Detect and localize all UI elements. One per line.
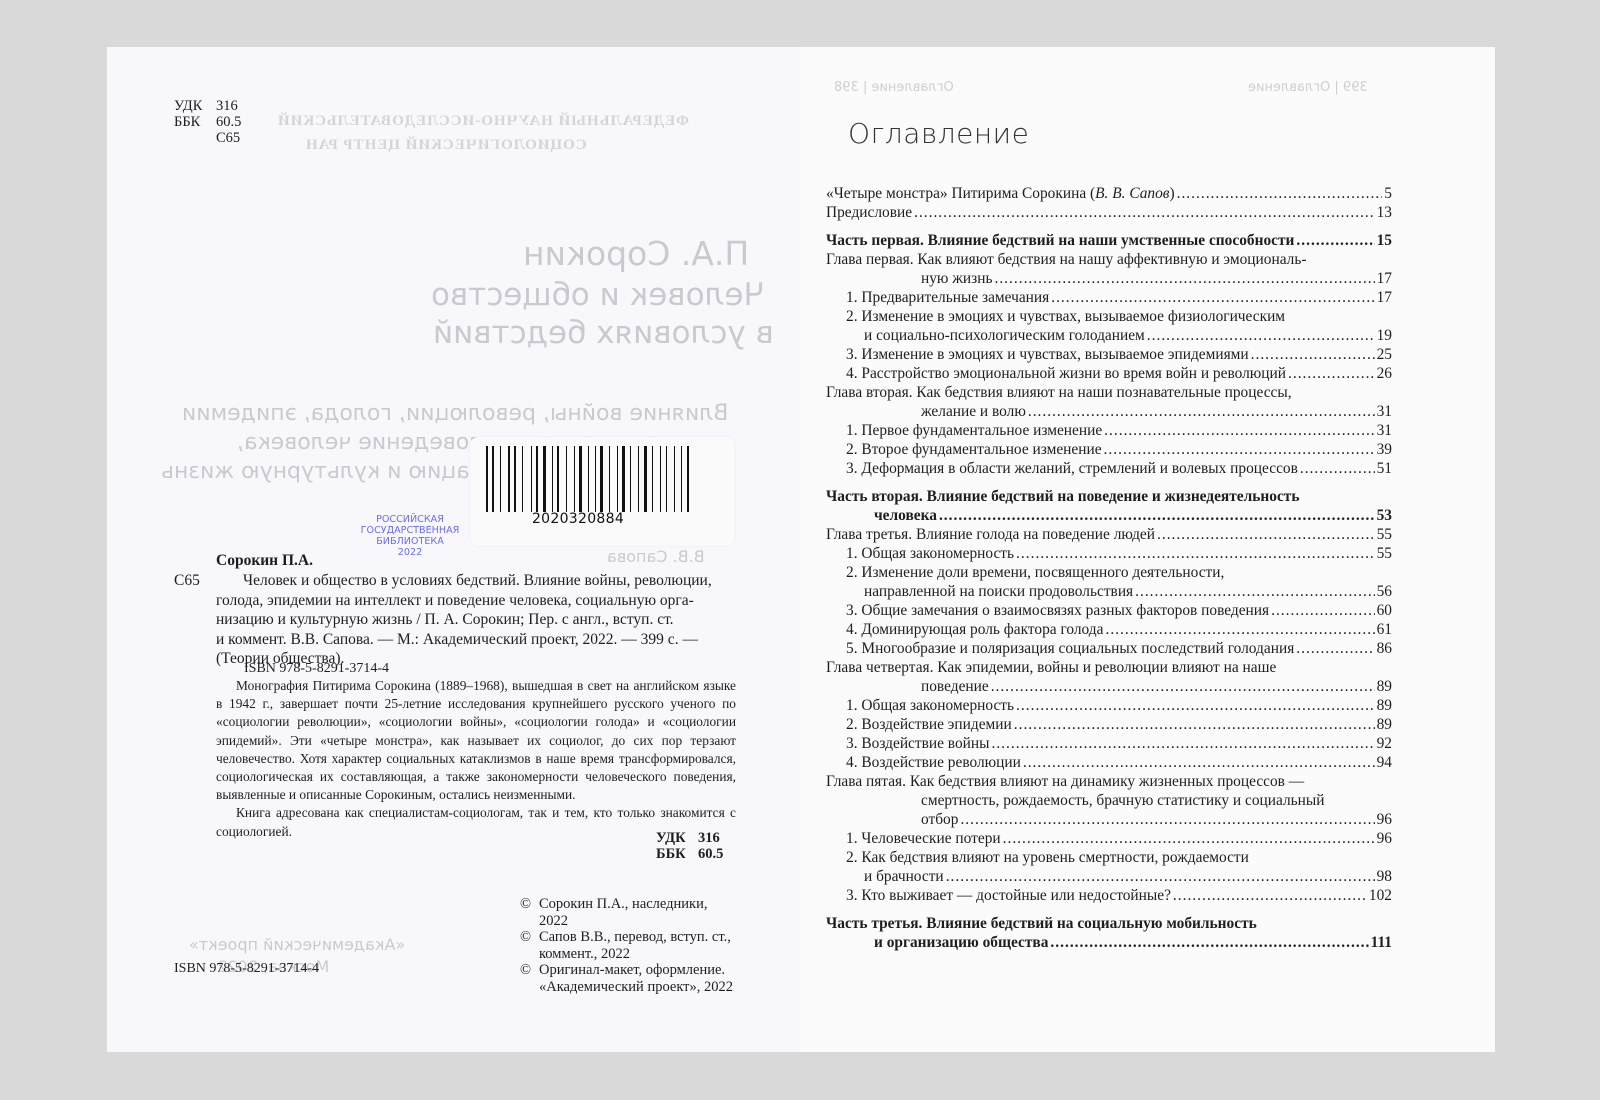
classification-codes-bottom: УДК316 ББК60.5 [656, 830, 723, 862]
stamp-line4: 2022 [355, 547, 465, 558]
toc-page-number: 111 [1371, 933, 1392, 952]
toc-entry-title: 5. Многообразие и поляризация социальных… [846, 639, 1294, 658]
toc-page-number: 31 [1377, 402, 1392, 421]
biblio-author: Сорокин П.А. [216, 551, 313, 571]
dot-leader [1177, 184, 1383, 203]
table-of-contents: «Четыре монстра» Питирима Сорокина (В. В… [826, 184, 1392, 952]
copyright-icon: © [520, 929, 539, 962]
author-mark-label [174, 130, 216, 146]
toc-entry-title: 4. Воздействие революции [846, 753, 1021, 772]
dot-leader [1147, 326, 1375, 345]
biblio-isbn: ISBN 978-5-8291-3714-4 [244, 659, 389, 679]
dot-leader [960, 810, 1374, 829]
toc-entry-title: 2. Воздействие эпидемии [846, 715, 1012, 734]
toc-page-number: 92 [1377, 734, 1392, 753]
toc-section[interactable]: 1. Первое фундаментальное изменение31 [826, 421, 1392, 440]
library-stamp: РОССИЙСКАЯ ГОСУДАРСТВЕННАЯ БИБЛИОТЕКА 20… [355, 514, 465, 558]
toc-entry-title: 3. Кто выживает — достойные или недостой… [846, 886, 1171, 905]
toc-part[interactable]: Часть первая. Влияние бедствий на наши у… [826, 231, 1392, 250]
dot-leader [914, 203, 1375, 222]
dot-leader [1003, 829, 1375, 848]
copyright-text: Сапов В.В., перевод, вступ. ст., коммент… [539, 929, 740, 962]
dot-leader [1271, 601, 1375, 620]
toc-entry-title: отбор [921, 810, 958, 829]
biblio-line: Человек и общество в условиях бедствий. … [216, 571, 736, 591]
classification-codes-top: УДК316 ББК60.5 С65 [174, 98, 241, 146]
author-mark-value: С65 [216, 130, 240, 146]
isbn-bottom: ISBN 978-5-8291-3714-4 [174, 959, 319, 979]
toc-page-number: 61 [1377, 620, 1392, 639]
toc-entry-title: Глава четвертая. Как эпидемии, войны и р… [826, 658, 1392, 677]
toc-page-number: 17 [1377, 288, 1392, 307]
toc-section[interactable]: 3. Изменение в эмоциях и чувствах, вызыв… [826, 345, 1392, 364]
dot-leader [1135, 582, 1374, 601]
toc-entry-title: ную жизнь [921, 269, 992, 288]
udk-label: УДК [656, 830, 698, 846]
toc-section[interactable]: 4. Расстройство эмоциональной жизни во в… [826, 364, 1392, 383]
page-title: Оглавление [848, 117, 1029, 150]
toc-section[interactable]: 2. Воздействие эпидемии89 [826, 715, 1392, 734]
copyright-icon: © [520, 896, 539, 929]
toc-entry-title: 2. Изменение в эмоциях и чувствах, вызыв… [826, 307, 1392, 326]
toc-section[interactable]: 4. Доминирующая роль фактора голода61 [826, 620, 1392, 639]
copyright-line: ©Сапов В.В., перевод, вступ. ст., коммен… [520, 929, 740, 962]
dot-leader [1173, 886, 1367, 905]
toc-page-number: 51 [1377, 459, 1392, 478]
toc-entry-title: Глава первая. Как влияют бедствия на наш… [826, 250, 1392, 269]
toc-entry-title: направленной на поиски продовольствия [864, 582, 1133, 601]
toc-section[interactable]: 3. Общие замечания о взаимосвязях разных… [826, 601, 1392, 620]
barcode-sticker: 2020320884 [470, 437, 735, 546]
toc-page-number: 15 [1377, 231, 1392, 250]
toc-entry-title: 3. Изменение в эмоциях и чувствах, вызыв… [846, 345, 1249, 364]
dot-leader [1016, 696, 1375, 715]
toc-page-number: 31 [1377, 421, 1392, 440]
toc-entry-title: 3. Общие замечания о взаимосвязях разных… [846, 601, 1269, 620]
copyright-line: ©Оригинал-макет, оформление. «Академичес… [520, 962, 740, 995]
right-page-toc: Оглавление | 398 399 | Оглавление Оглавл… [800, 47, 1495, 1052]
biblio-code: С65 [174, 571, 200, 591]
toc-page-number: 96 [1377, 810, 1392, 829]
toc-section[interactable]: 2. Изменение доли времени, посвященного … [826, 563, 1392, 601]
toc-page-number: 53 [1377, 506, 1392, 525]
toc-page-number: 89 [1377, 696, 1392, 715]
ghost-title-line1: Человек и общество [431, 277, 765, 313]
left-page-copyright: ФЕДЕРАЛЬНЫЙ НАУЧНО-ИССЛЕДОВАТЕЛЬСКИЙ СОЦ… [107, 47, 800, 1052]
toc-entry-title: 2. Изменение доли времени, посвященного … [826, 563, 1392, 582]
toc-page-number: 89 [1377, 715, 1392, 734]
toc-page-number: 55 [1377, 525, 1392, 544]
bbk-label: ББК [656, 846, 698, 862]
ghost-running-head-left: Оглавление | 398 [834, 80, 954, 95]
toc-entry-title: «Четыре монстра» Питирима Сорокина (В. В… [826, 184, 1175, 203]
ghost-institute-line1: ФЕДЕРАЛЬНЫЙ НАУЧНО-ИССЛЕДОВАТЕЛЬСКИЙ [277, 113, 689, 130]
toc-entry-title: 3. Деформация в области желаний, стремле… [846, 459, 1298, 478]
toc-section[interactable]: 5. Многообразие и поляризация социальных… [826, 639, 1392, 658]
toc-page-number: 102 [1369, 886, 1392, 905]
toc-entry-title: желание и волю [921, 402, 1026, 421]
udk-label: УДК [174, 98, 216, 114]
dot-leader [1288, 364, 1375, 383]
toc-section[interactable]: 4. Воздействие революции94 [826, 753, 1392, 772]
biblio-line: голода, эпидемии на интеллект и поведени… [216, 591, 736, 611]
dot-leader [1300, 459, 1375, 478]
toc-chapter[interactable]: Предисловие13 [826, 203, 1392, 222]
dot-leader [1157, 525, 1375, 544]
toc-entry-title: Предисловие [826, 203, 912, 222]
toc-entry-title: Часть вторая. Влияние бедствий на поведе… [826, 487, 1392, 506]
dot-leader [1050, 933, 1368, 952]
toc-entry-title: 1. Предварительные замечания [846, 288, 1049, 307]
copyright-line: ©Сорокин П.А., наследники, 2022 [520, 896, 740, 929]
toc-section[interactable]: 1. Общая закономерность89 [826, 696, 1392, 715]
dot-leader [1051, 288, 1374, 307]
toc-chapter[interactable]: Глава вторая. Как бедствия влияют на наш… [826, 383, 1392, 421]
toc-page-number: 5 [1384, 184, 1392, 203]
dot-leader [1296, 231, 1374, 250]
copyright-text: Оригинал-макет, оформление. «Академическ… [539, 962, 740, 995]
toc-entry-title: Глава пятая. Как бедствия влияют на дина… [826, 772, 1392, 791]
stamp-line1: РОССИЙСКАЯ [355, 514, 465, 525]
biblio-line: и коммент. В.В. Сапова. — М.: Академичес… [216, 630, 736, 650]
copyright-icon: © [520, 962, 539, 995]
toc-page-number: 39 [1377, 440, 1392, 459]
toc-section[interactable]: 3. Кто выживает — достойные или недостой… [826, 886, 1392, 905]
toc-entry-title: 2. Как бедствия влияют на уровень смертн… [826, 848, 1392, 867]
ghost-publisher-line1: «Академический проект» [189, 935, 405, 954]
toc-page-number: 94 [1377, 753, 1392, 772]
toc-entry-title: Часть третья. Влияние бедствий на социал… [826, 914, 1392, 933]
dot-leader [1251, 345, 1375, 364]
barcode-number: 2020320884 [470, 511, 686, 527]
ghost-running-head-right: 399 | Оглавление [1248, 80, 1368, 95]
dot-leader [1104, 440, 1375, 459]
dot-leader [991, 734, 1374, 753]
toc-part[interactable]: Часть вторая. Влияние бедствий на поведе… [826, 487, 1392, 525]
toc-page-number: 19 [1377, 326, 1392, 345]
toc-chapter[interactable]: Глава пятая. Как бедствия влияют на дина… [826, 772, 1392, 829]
abstract: Монография Питирима Сорокина (1889–1968)… [216, 677, 736, 841]
toc-entry-title: и брачности [864, 867, 944, 886]
toc-chapter[interactable]: Глава третья. Влияние голода на поведени… [826, 525, 1392, 544]
toc-page-number: 98 [1377, 867, 1392, 886]
bbk-value: 60.5 [216, 114, 241, 130]
toc-entry-title: 4. Доминирующая роль фактора голода [846, 620, 1103, 639]
stamp-line3: БИБЛИОТЕКА [355, 536, 465, 547]
biblio-record: Человек и общество в условиях бедствий. … [216, 571, 736, 669]
toc-section[interactable]: 1. Общая закономерность55 [826, 544, 1392, 563]
toc-page-number: 89 [1377, 677, 1392, 696]
dot-leader [994, 269, 1374, 288]
dot-leader [1028, 402, 1375, 421]
toc-entry-title: и организацию общества [874, 933, 1048, 952]
udk-value: 316 [698, 830, 720, 846]
toc-entry-title: Глава третья. Влияние голода на поведени… [826, 525, 1155, 544]
toc-entry-title: поведение [921, 677, 989, 696]
toc-section[interactable]: 3. Воздействие войны92 [826, 734, 1392, 753]
ghost-author: П.А. Сорокин [523, 234, 749, 273]
toc-page-number: 26 [1377, 364, 1392, 383]
toc-entry-title: Глава вторая. Как бедствия влияют на наш… [826, 383, 1392, 402]
barcode-icon [486, 446, 692, 512]
toc-page-number: 96 [1377, 829, 1392, 848]
toc-page-number: 60 [1377, 601, 1392, 620]
dot-leader [1016, 544, 1375, 563]
toc-entry-title: 2. Второе фундаментальное изменение [846, 440, 1102, 459]
bbk-label: ББК [174, 114, 216, 130]
toc-entry-title: человека [874, 506, 937, 525]
biblio-line: низацию и культурную жизнь / П. А. Сорок… [216, 610, 736, 630]
toc-entry-title: 1. Первое фундаментальное изменение [846, 421, 1102, 440]
dot-leader [991, 677, 1375, 696]
toc-page-number: 17 [1377, 269, 1392, 288]
toc-part[interactable]: Часть третья. Влияние бедствий на социал… [826, 914, 1392, 952]
dot-leader [1014, 715, 1375, 734]
copyright-text: Сорокин П.А., наследники, 2022 [539, 896, 740, 929]
dot-leader [1105, 620, 1374, 639]
toc-entry-title: 1. Общая закономерность [846, 544, 1014, 563]
toc-page-number: 86 [1377, 639, 1392, 658]
toc-entry-title: смертность, рождаемость, брачную статист… [826, 791, 1392, 810]
toc-chapter[interactable]: Глава четвертая. Как эпидемии, войны и р… [826, 658, 1392, 696]
toc-section[interactable]: 2. Второе фундаментальное изменение39 [826, 440, 1392, 459]
bbk-value: 60.5 [698, 846, 723, 862]
udk-value: 316 [216, 98, 238, 114]
toc-page-number: 25 [1377, 345, 1392, 364]
toc-page-number: 13 [1377, 203, 1392, 222]
toc-entry-title: 3. Воздействие войны [846, 734, 989, 753]
dot-leader [1296, 639, 1374, 658]
toc-page-number: 55 [1377, 544, 1392, 563]
ghost-translator-line2: В.В. Сапова [607, 547, 705, 566]
toc-chapter[interactable]: «Четыре монстра» Питирима Сорокина (В. В… [826, 184, 1392, 203]
toc-section[interactable]: 1. Предварительные замечания17 [826, 288, 1392, 307]
ghost-institute-line2: СОЦИОЛОГИЧЕСКИЙ ЦЕНТР РАН [305, 137, 587, 154]
toc-page-number: 56 [1377, 582, 1392, 601]
dot-leader [939, 506, 1375, 525]
dot-leader [946, 867, 1375, 886]
dot-leader [1104, 421, 1374, 440]
toc-entry-title: Часть первая. Влияние бедствий на наши у… [826, 231, 1294, 250]
toc-section[interactable]: 3. Деформация в области желаний, стремле… [826, 459, 1392, 478]
toc-entry-title: 4. Расстройство эмоциональной жизни во в… [846, 364, 1286, 383]
toc-section[interactable]: 2. Как бедствия влияют на уровень смертн… [826, 848, 1392, 886]
ghost-title-line2: в условиях бедствий [433, 315, 774, 351]
ghost-subtitle-line1: Влияние войны, революции, голода, эпидем… [182, 401, 728, 426]
dot-leader [1023, 753, 1375, 772]
abstract-paragraph: Монография Питирима Сорокина (1889–1968)… [216, 677, 736, 804]
toc-section[interactable]: 1. Человеческие потери96 [826, 829, 1392, 848]
toc-entry-title: и социально-психологическим голоданием [864, 326, 1145, 345]
toc-entry-title: 1. Человеческие потери [846, 829, 1001, 848]
copyright-block: ©Сорокин П.А., наследники, 2022 ©Сапов В… [520, 896, 740, 995]
toc-section[interactable]: 2. Изменение в эмоциях и чувствах, вызыв… [826, 307, 1392, 345]
stamp-line2: ГОСУДАРСТВЕННАЯ [355, 525, 465, 536]
toc-entry-title: 1. Общая закономерность [846, 696, 1014, 715]
toc-chapter[interactable]: Глава первая. Как влияют бедствия на наш… [826, 250, 1392, 288]
